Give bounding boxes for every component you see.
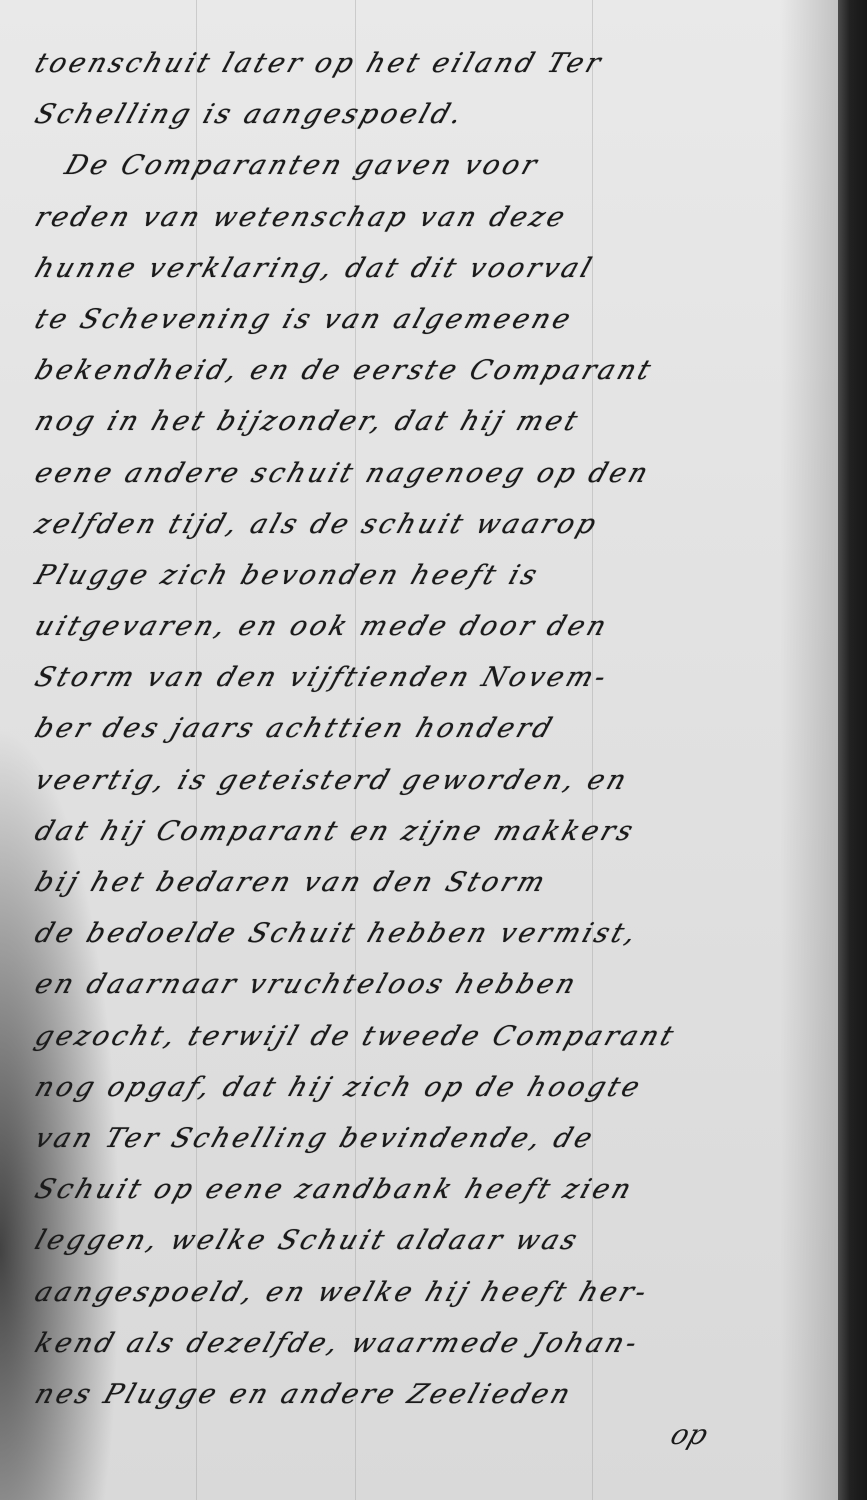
text-line: eene andere schuit nagenoeg op den — [28, 448, 845, 499]
scanned-page: toenschuit later op het eiland Ter Schel… — [0, 0, 867, 1500]
text-line: bekendheid, en de eerste Comparant — [28, 345, 845, 396]
text-line: Schuit op eene zandbank heeft zien — [28, 1164, 845, 1215]
text-line: hunne verklaring, dat dit voorval — [28, 243, 845, 294]
text-line: uitgevaren, en ook mede door den — [28, 601, 845, 652]
text-line: aangespoeld, en welke hij heeft her- — [28, 1267, 845, 1318]
text-line: van Ter Schelling bevindende, de — [28, 1113, 845, 1164]
text-line: De Comparanten gaven voor — [28, 140, 845, 191]
text-line: leggen, welke Schuit aldaar was — [28, 1215, 845, 1266]
text-line: kend als dezelfde, waarmede Johan- — [28, 1318, 845, 1369]
text-line: zelfden tijd, als de schuit waarop — [28, 499, 845, 550]
text-line: dat hij Comparant en zijne makkers — [28, 806, 845, 857]
text-line: Plugge zich bevonden heeft is — [28, 550, 845, 601]
text-line: toenschuit later op het eiland Ter — [28, 38, 845, 89]
text-line: reden van wetenschap van deze — [28, 192, 845, 243]
text-line: de bedoelde Schuit hebben vermist, — [28, 908, 845, 959]
text-line: en daarnaar vruchteloos hebben — [28, 959, 845, 1010]
text-line: nog in het bijzonder, dat hij met — [28, 396, 845, 447]
text-line: nes Plugge en andere Zeelieden — [28, 1369, 845, 1420]
text-line: gezocht, terwijl de tweede Comparant — [28, 1011, 845, 1062]
scan-background-edge — [838, 0, 867, 1500]
text-line: bij het bedaren van den Storm — [28, 857, 845, 908]
text-line: te Schevening is van algemeene — [28, 294, 845, 345]
text-line: Storm van den vijftienden Novem- — [28, 652, 845, 703]
text-line: ber des jaars achttien honderd — [28, 703, 845, 754]
text-line: veertig, is geteisterd geworden, en — [28, 755, 845, 806]
manuscript-text: toenschuit later op het eiland Ter Schel… — [36, 38, 836, 1420]
catchword: op — [667, 1418, 713, 1451]
paper-sheet: toenschuit later op het eiland Ter Schel… — [0, 0, 842, 1500]
text-line: nog opgaf, dat hij zich op de hoogte — [28, 1062, 845, 1113]
text-line: Schelling is aangespoeld. — [28, 89, 845, 140]
